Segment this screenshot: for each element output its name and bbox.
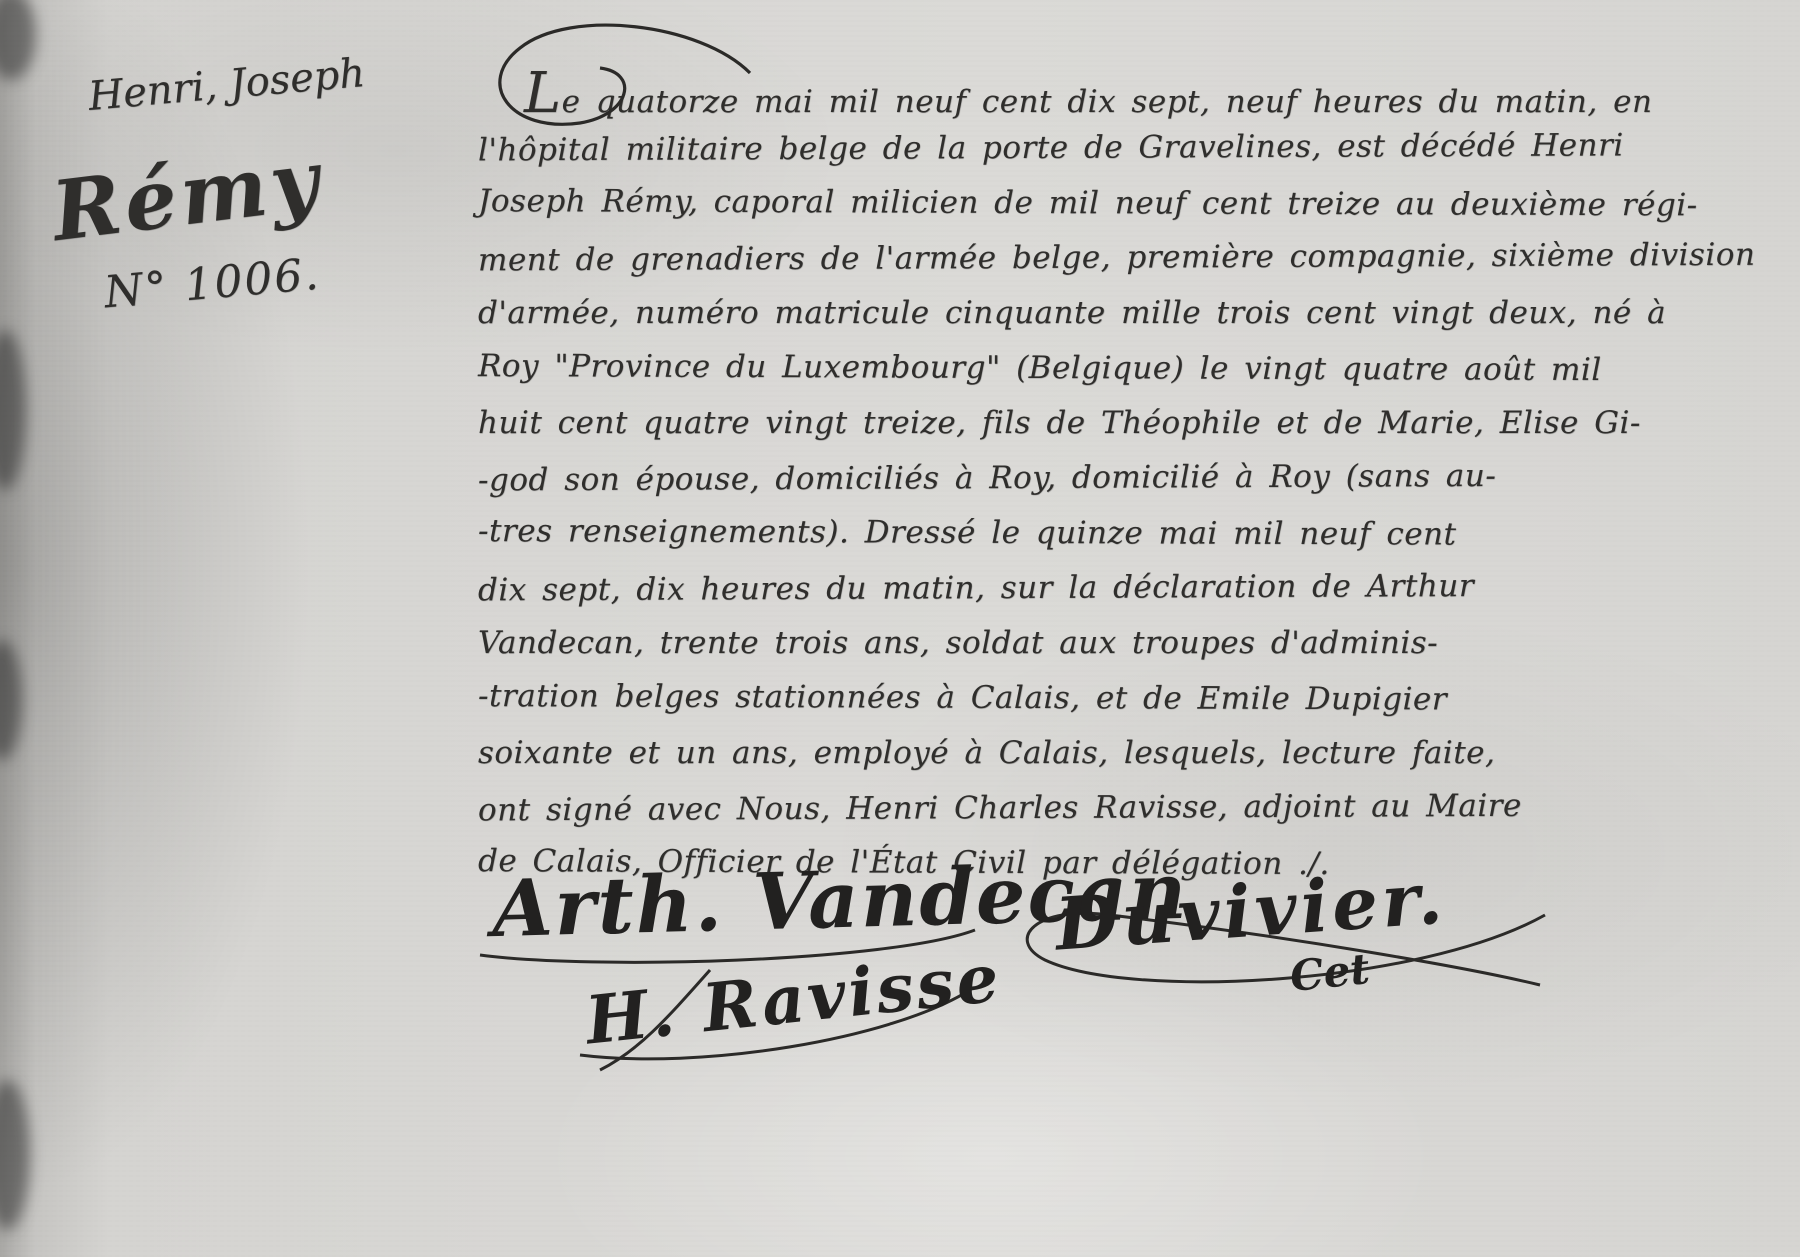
body-line: Vandecan, trente trois ans, soldat aux t…: [478, 616, 1578, 671]
body-line: l'hôpital militaire belge de la porte de…: [478, 119, 1578, 179]
body-line: d'armée, numéro matricule cinquante mill…: [478, 286, 1578, 341]
body-line: dix sept, dix heures du matin, sur la dé…: [478, 559, 1578, 619]
scan-edge-blot: [0, 1080, 30, 1230]
body-line: Le quatorze mai mil neuf cent dix sept, …: [478, 66, 1578, 121]
margin-given-names: Henri, Joseph: [87, 50, 367, 120]
signature-paraph: Cet: [1288, 944, 1372, 1001]
body-line: -tres renseignements). Dressé le quinze …: [478, 504, 1578, 563]
body-line: Roy "Province du Luxembourg" (Belgique) …: [478, 339, 1578, 398]
body-line: -god son épouse, domiciliés à Roy, domic…: [478, 449, 1578, 509]
margin-surname: Rémy: [47, 132, 327, 260]
margin-act-number: N° 1006.: [102, 249, 322, 319]
body-line: huit cent quatre vingt treize, fils de T…: [478, 396, 1578, 451]
body-line: ont signé avec Nous, Henri Charles Ravis…: [478, 779, 1578, 839]
act-body-text: Le quatorze mai mil neuf cent dix sept, …: [478, 66, 1578, 891]
signature-ravisse: H. Ravisse: [582, 938, 1005, 1059]
body-line: -tration belges stationnées à Calais, et…: [478, 669, 1578, 728]
scan-edge-blot: [0, 640, 22, 760]
body-line: Joseph Rémy, caporal milicien de mil neu…: [478, 174, 1578, 233]
scan-edge-blot: [0, 330, 26, 490]
scan-edge-blot: [0, 0, 36, 80]
body-line: ment de grenadiers de l'armée belge, pre…: [478, 229, 1578, 289]
death-certificate-scan: Henri, Joseph Rémy N° 1006. Le quatorze …: [0, 0, 1800, 1257]
body-line: soixante et un ans, employé à Calais, le…: [478, 726, 1578, 781]
